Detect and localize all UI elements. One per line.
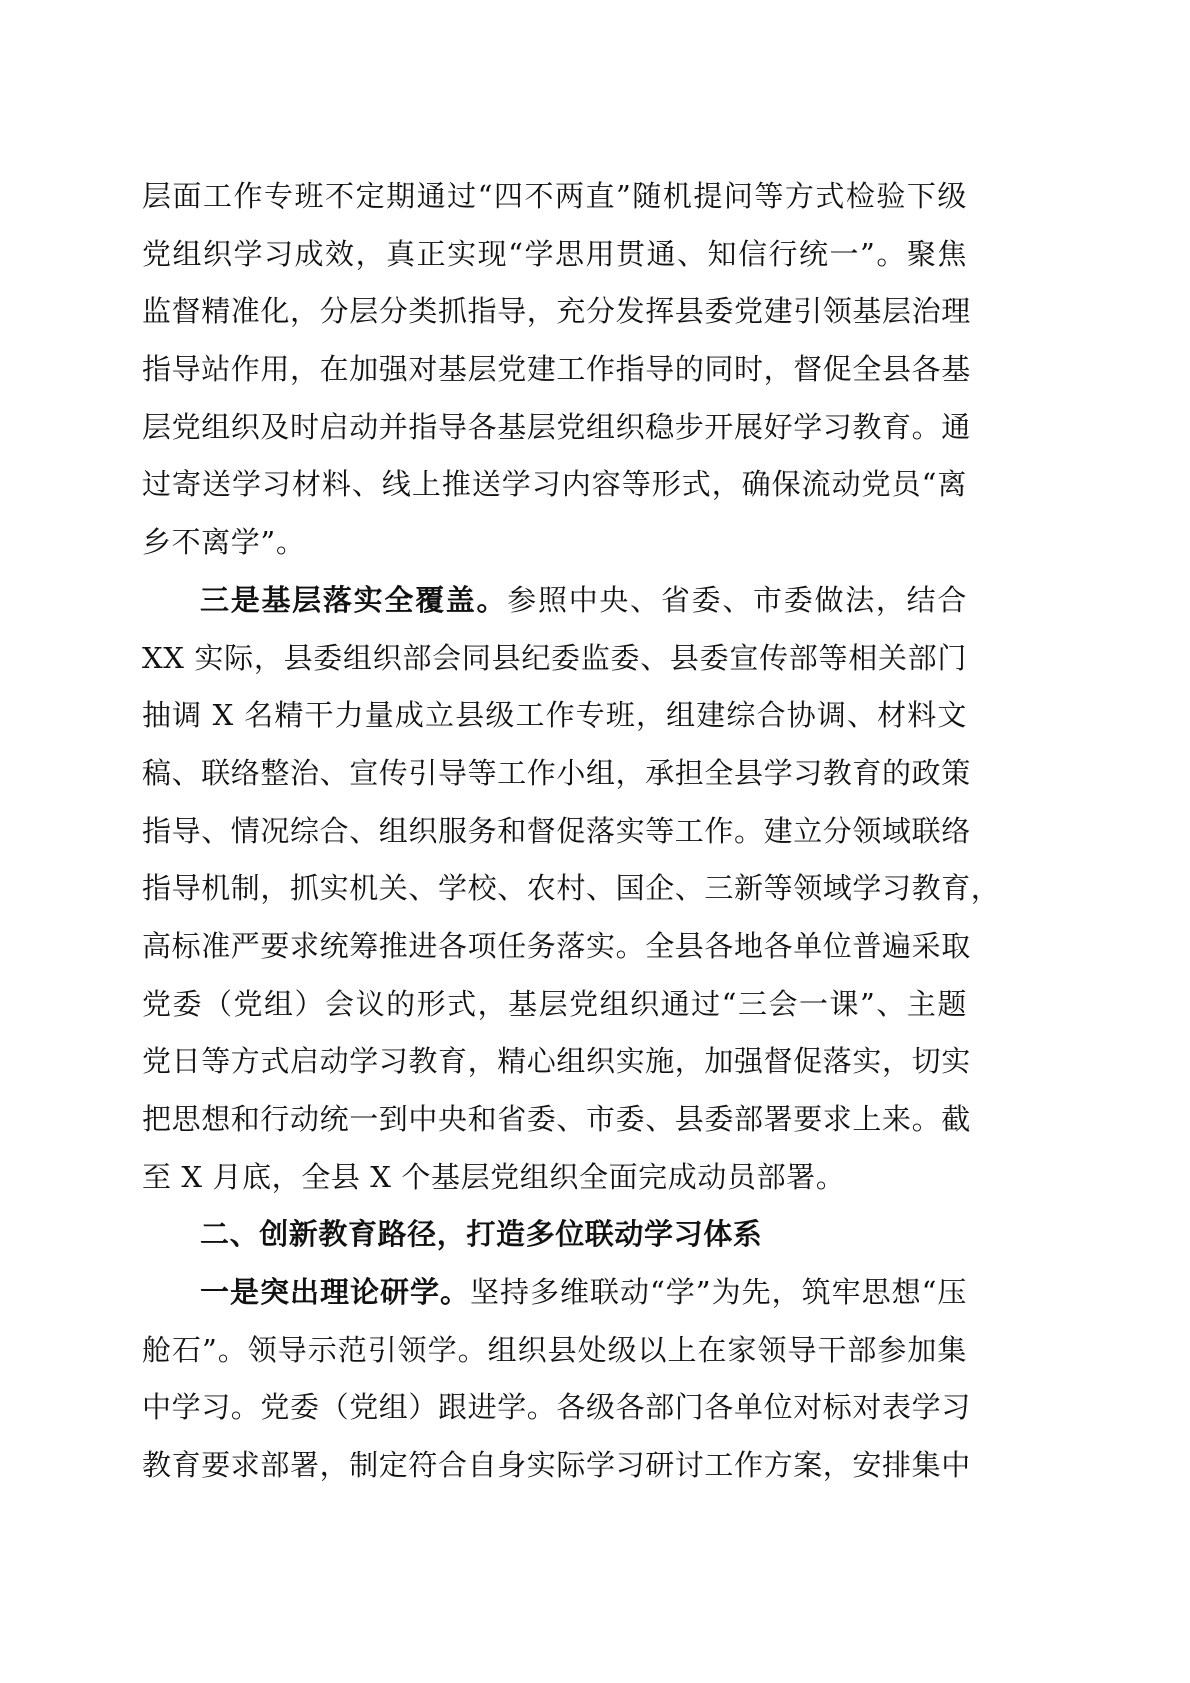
paragraph-lead-rest: 参照中央、省委、市委做法，结合 xyxy=(507,583,967,617)
text-line: 党委（党组）会议的形式，基层党组织通过“三会一课”、主题 xyxy=(142,976,967,1034)
text-line: 层面工作专班不定期通过“四不两直”随机提问等方式检验下级 xyxy=(142,168,967,226)
text-line: 监督精准化，分层分类抓指导，充分发挥县委党建引领基层治理 xyxy=(142,283,967,341)
section-heading: 二、创新教育路径，打造多位联动学习体系 xyxy=(142,1206,967,1264)
text-line: 抽调 X 名精干力量成立县级工作专班，组建综合协调、材料文 xyxy=(142,687,967,745)
text-line: 过寄送学习材料、线上推送学习内容等形式，确保流动党员“离 xyxy=(142,456,967,514)
text-line: 乡不离学”。 xyxy=(142,514,967,572)
text-line-first: 三是基层落实全覆盖。参照中央、省委、市委做法，结合 xyxy=(142,572,967,630)
text-line: 党日等方式启动学习教育，精心组织实施，加强督促落实，切实 xyxy=(142,1033,967,1091)
paragraph-grassroots-coverage: 三是基层落实全覆盖。参照中央、省委、市委做法，结合 XX 实际，县委组织部会同县… xyxy=(142,572,967,1207)
paragraph-lead-bold: 一是突出理论研学。 xyxy=(200,1275,470,1309)
text-line: 指导站作用，在加强对基层党建工作指导的同时，督促全县各基 xyxy=(142,341,967,399)
paragraph-lead-bold: 三是基层落实全覆盖。 xyxy=(200,583,507,617)
document-page: 层面工作专班不定期通过“四不两直”随机提问等方式检验下级 党组织学习成效，真正实… xyxy=(142,168,967,1495)
text-line: 党组织学习成效，真正实现“学思用贯通、知信行统一”。聚焦 xyxy=(142,226,967,284)
text-line: 层党组织及时启动并指导各基层党组织稳步开展好学习教育。通 xyxy=(142,399,967,457)
paragraph-lead-rest: 坚持多维联动“学”为先，筑牢思想“压 xyxy=(470,1275,967,1309)
text-line: 稿、联络整治、宣传引导等工作小组，承担全县学习教育的政策 xyxy=(142,745,967,803)
text-line: 把思想和行动统一到中央和省委、市委、县委部署要求上来。截 xyxy=(142,1091,967,1149)
text-line: 指导机制，抓实机关、学校、农村、国企、三新等领域学习教育， xyxy=(142,860,967,918)
text-line-first: 一是突出理论研学。坚持多维联动“学”为先，筑牢思想“压 xyxy=(142,1264,967,1322)
text-line: XX 实际，县委组织部会同县纪委监委、县委宣传部等相关部门 xyxy=(142,630,967,688)
text-line: 中学习。党委（党组）跟进学。各级各部门各单位对标对表学习 xyxy=(142,1379,967,1437)
text-line: 高标准严要求统筹推进各项任务落实。全县各地各单位普遍采取 xyxy=(142,918,967,976)
text-line: 至 X 月底，全县 X 个基层党组织全面完成动员部署。 xyxy=(142,1149,967,1207)
paragraph-theory-study: 一是突出理论研学。坚持多维联动“学”为先，筑牢思想“压 舱石”。领导示范引领学。… xyxy=(142,1264,967,1495)
paragraph-continuation: 层面工作专班不定期通过“四不两直”随机提问等方式检验下级 党组织学习成效，真正实… xyxy=(142,168,967,572)
text-line: 指导、情况综合、组织服务和督促落实等工作。建立分领域联络 xyxy=(142,803,967,861)
text-line: 舱石”。领导示范引领学。组织县处级以上在家领导干部参加集 xyxy=(142,1322,967,1380)
text-line: 教育要求部署，制定符合自身实际学习研讨工作方案，安排集中 xyxy=(142,1437,967,1495)
